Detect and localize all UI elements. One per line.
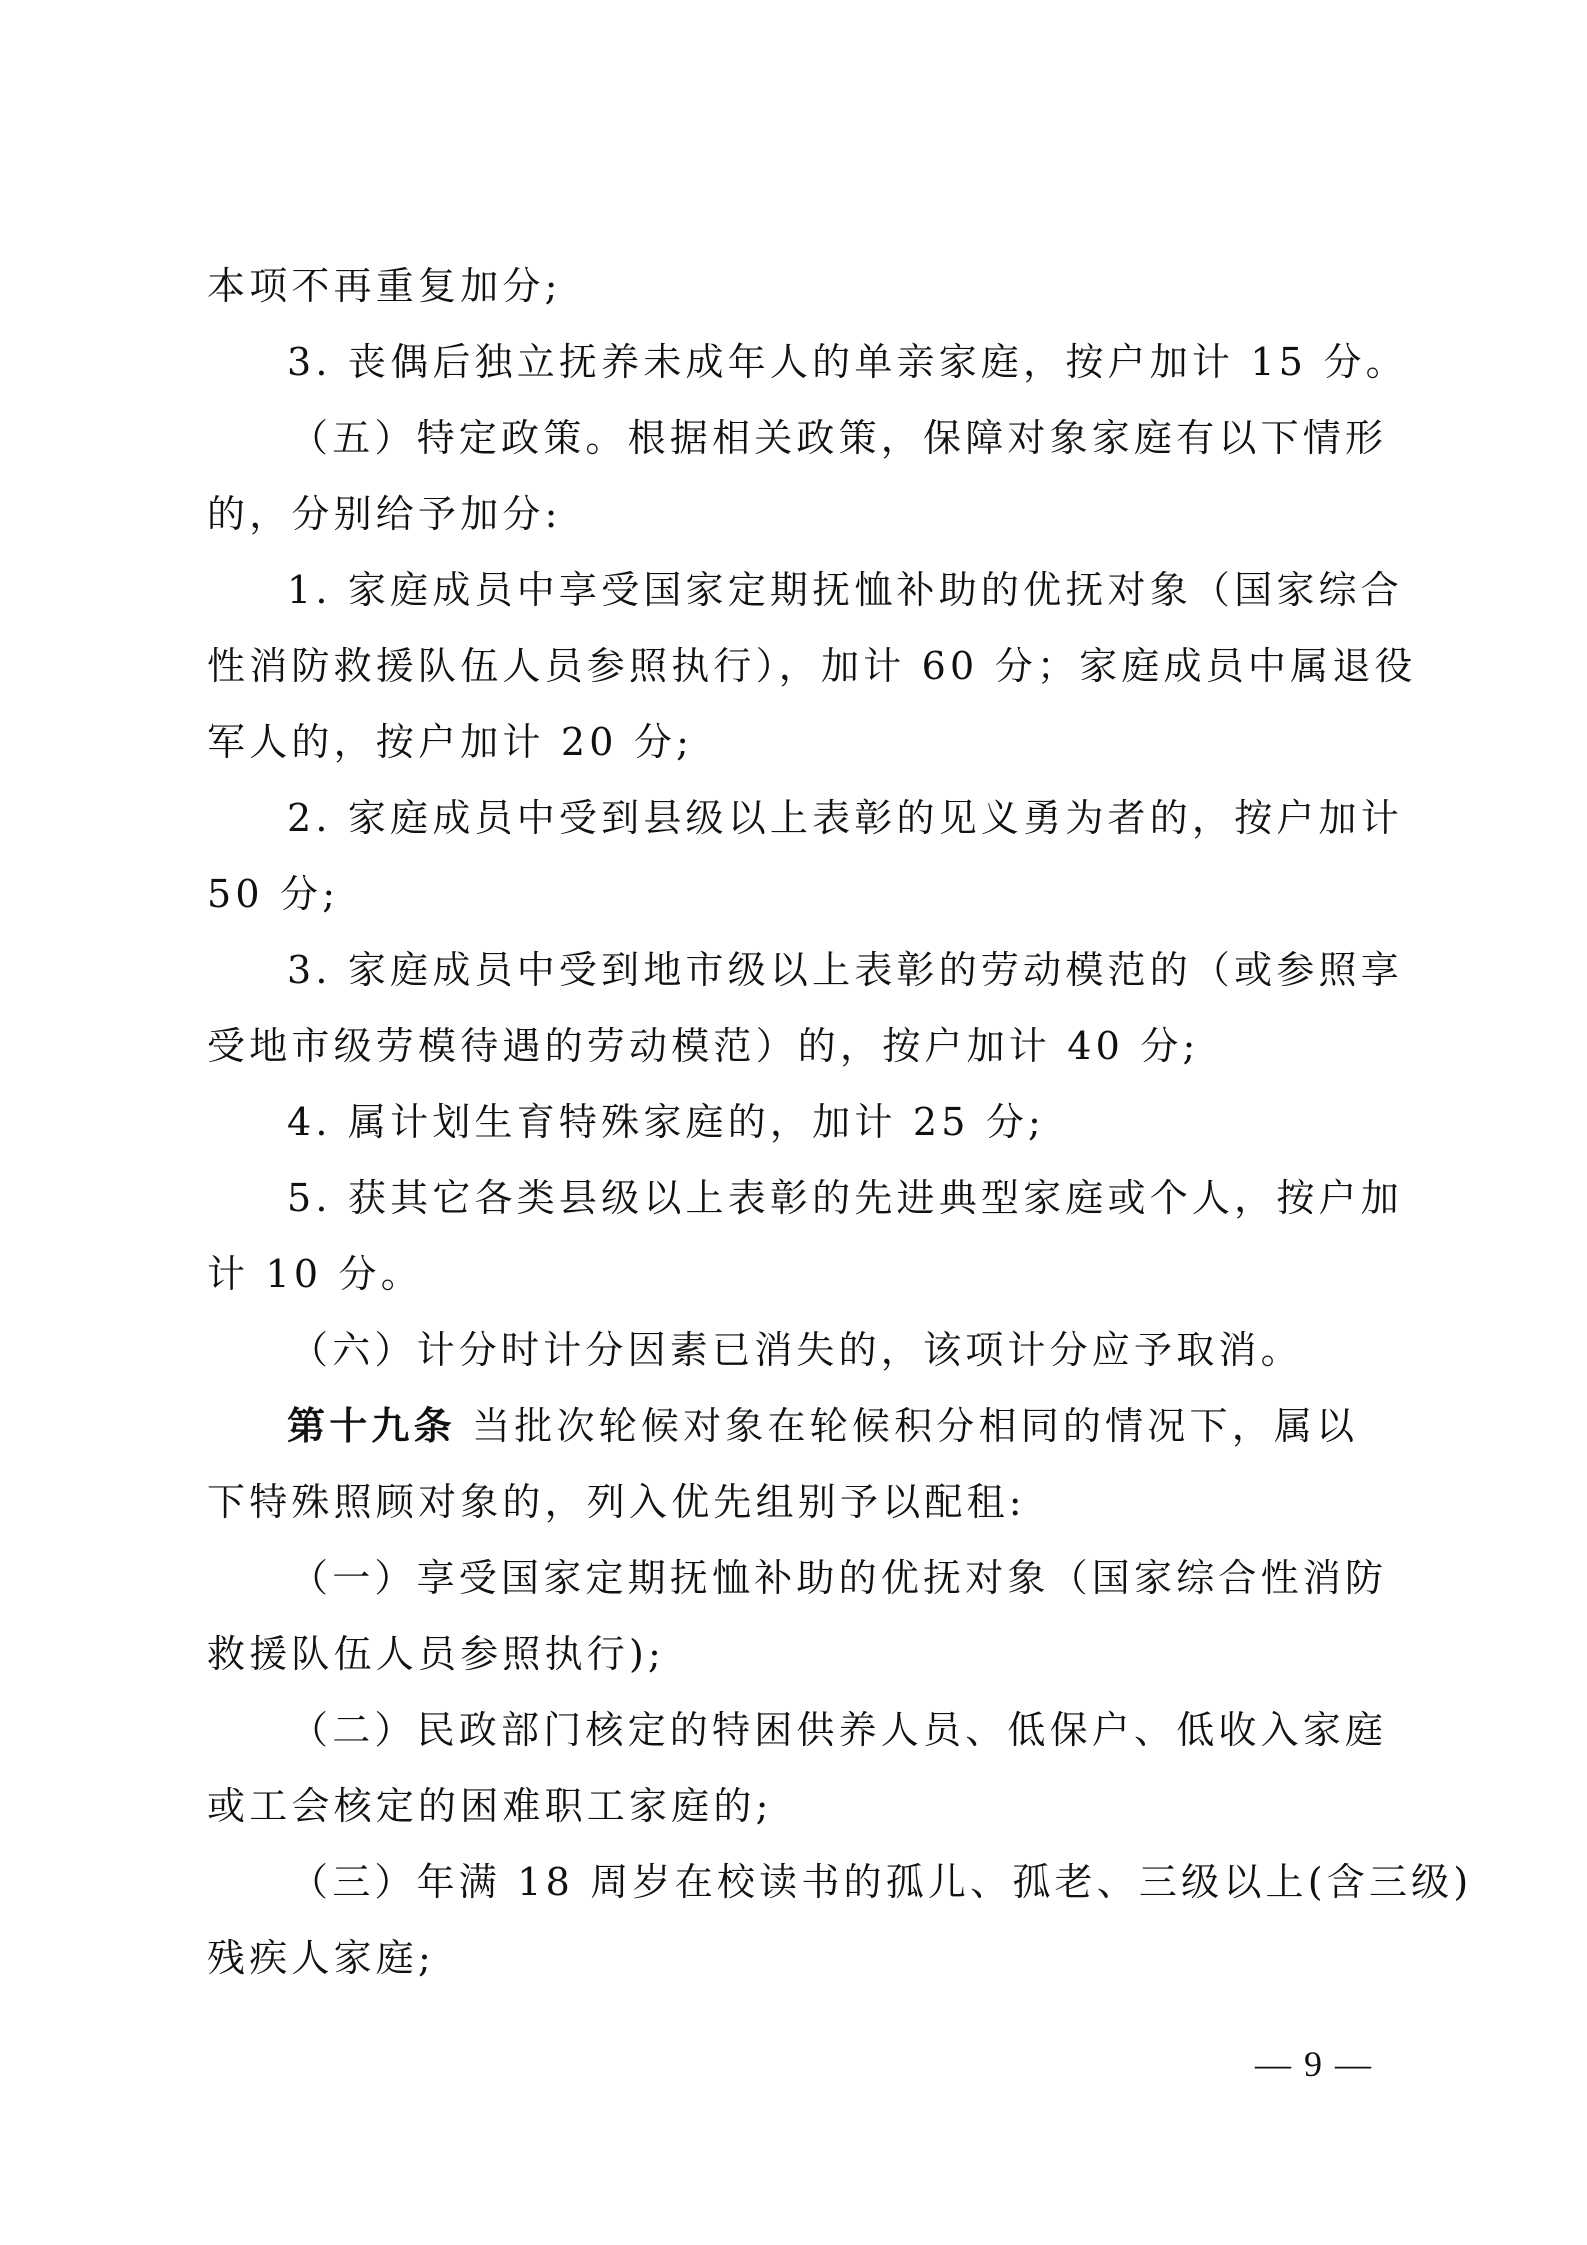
text-line: 计 10 分。	[207, 1250, 1387, 1298]
priority-item-1: （一）享受国家定期抚恤补助的优抚对象（国家综合性消防	[290, 1554, 1470, 1602]
text-line: 性消防救援队伍人员参照执行），加计 60 分；家庭成员中属退役	[207, 642, 1387, 690]
article-19-line: 第十九条 当批次轮候对象在轮候积分相同的情况下，属以	[287, 1402, 1467, 1450]
list-item-3: 3. 家庭成员中受到地市级以上表彰的劳动模范的（或参照享	[287, 946, 1467, 994]
article-title: 第十九条	[287, 1403, 456, 1448]
document-page: 本项不再重复加分; 3. 丧偶后独立抚养未成年人的单亲家庭，按户加计 15 分。…	[0, 0, 1587, 2245]
article-text: 当批次轮候对象在轮候积分相同的情况下，属以	[456, 1404, 1358, 1448]
text-line: 的，分别给予加分:	[207, 490, 1387, 538]
text-line: 3. 丧偶后独立抚养未成年人的单亲家庭，按户加计 15 分。	[287, 338, 1467, 386]
priority-item-3: （三）年满 18 周岁在校读书的孤儿、孤老、三级以上(含三级)	[290, 1858, 1470, 1906]
page-number: — 9 —	[1255, 2040, 1373, 2088]
text-line: 残疾人家庭;	[207, 1934, 1387, 1982]
list-item-4: 4. 属计划生育特殊家庭的，加计 25 分;	[287, 1098, 1467, 1146]
section-heading-5: （五）特定政策。根据相关政策，保障对象家庭有以下情形	[290, 414, 1470, 462]
list-item-2: 2. 家庭成员中受到县级以上表彰的见义勇为者的，按户加计	[287, 794, 1467, 842]
text-line: 军人的，按户加计 20 分;	[207, 718, 1387, 766]
section-heading-6: （六）计分时计分因素已消失的，该项计分应予取消。	[290, 1326, 1470, 1374]
list-item-5: 5. 获其它各类县级以上表彰的先进典型家庭或个人，按户加	[287, 1174, 1467, 1222]
text-line: 受地市级劳模待遇的劳动模范）的，按户加计 40 分;	[207, 1022, 1387, 1070]
text-line: 50 分;	[207, 870, 1387, 918]
list-item-1: 1. 家庭成员中享受国家定期抚恤补助的优抚对象（国家综合	[287, 566, 1467, 614]
text-line: 本项不再重复加分;	[207, 262, 1387, 310]
text-line: 救援队伍人员参照执行);	[207, 1630, 1387, 1678]
text-line: 或工会核定的困难职工家庭的;	[207, 1782, 1387, 1830]
text-line: 下特殊照顾对象的，列入优先组别予以配租:	[207, 1478, 1387, 1526]
priority-item-2: （二）民政部门核定的特困供养人员、低保户、低收入家庭	[290, 1706, 1470, 1754]
